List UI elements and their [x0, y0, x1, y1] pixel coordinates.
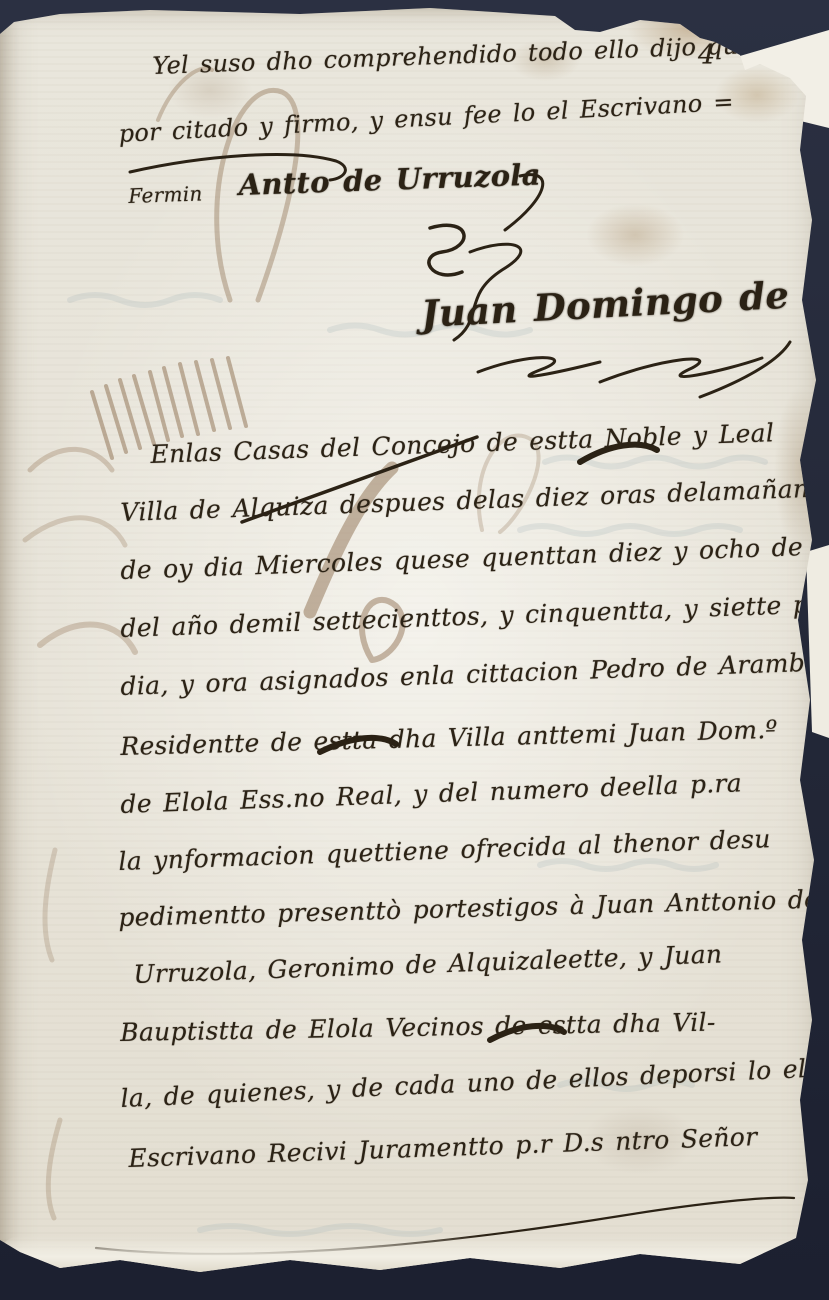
photo-stage: Yel suso dho comprehendido todo ello dij… — [0, 0, 829, 1300]
deckle-edge — [4, 1236, 815, 1274]
principal-rubric-2 — [600, 358, 762, 382]
folio-number: 4 — [698, 40, 715, 71]
principal-rubric-1 — [478, 358, 600, 377]
witness-name: Fermin — [128, 181, 203, 208]
principal-rubric-3 — [700, 342, 790, 397]
notary-rubric-loop — [429, 225, 464, 275]
manuscript-page: Yel suso dho comprehendido todo ello dij… — [0, 0, 829, 1300]
